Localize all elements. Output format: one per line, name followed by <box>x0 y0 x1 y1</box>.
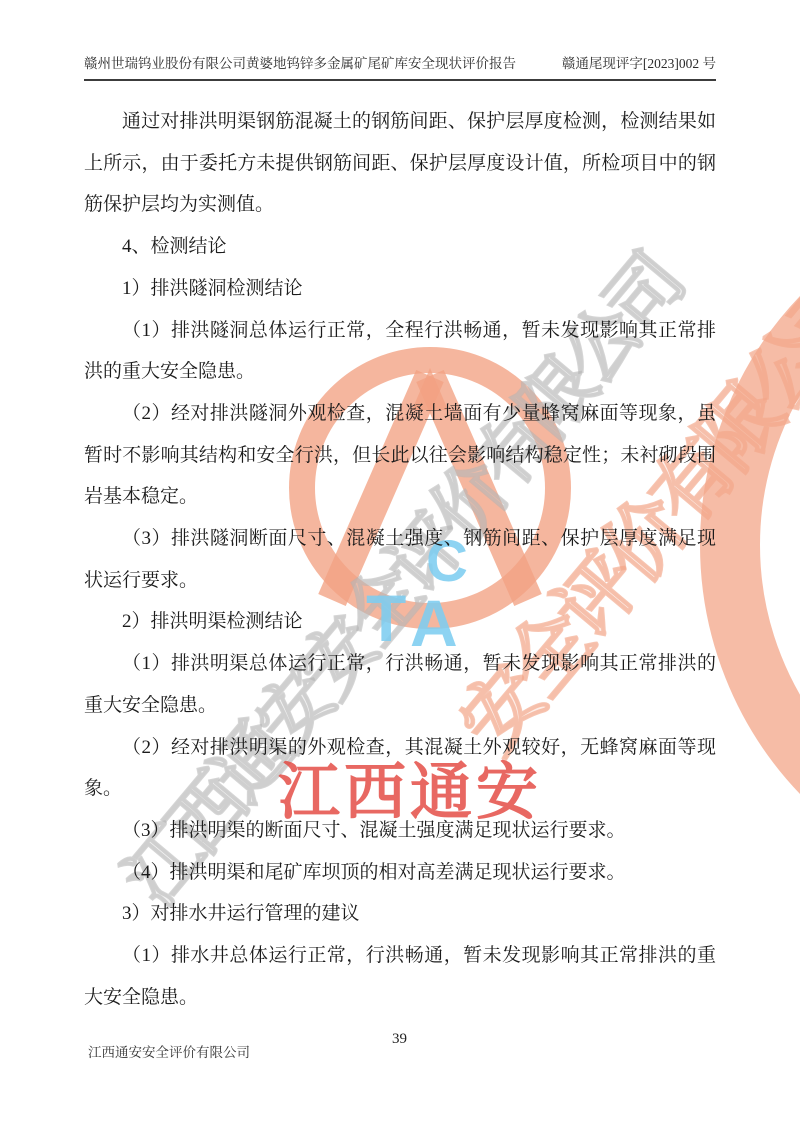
page-header: 赣州世瑞钨业股份有限公司黄婆地钨锌多金属矿尾矿库安全现状评价报告 赣通尾现评字[… <box>84 52 716 81</box>
paragraph: （2）经对排洪隧洞外观检查，混凝土墙面有少量蜂窝麻面等现象，虽暂时不影响其结构和… <box>84 393 716 518</box>
paragraph: 4、检测结论 <box>84 226 716 268</box>
footer-company-name: 江西通安安全评价有限公司 <box>88 1041 250 1061</box>
paragraph: 2）排洪明渠检测结论 <box>84 601 716 643</box>
report-page: 江西通安安全评价有限公司 安全评价有限公司 江西通安 C T A 赣州世瑞钨业股… <box>0 0 800 1131</box>
header-report-title: 赣州世瑞钨业股份有限公司黄婆地钨锌多金属矿尾矿库安全现状评价报告 <box>84 52 516 72</box>
body-content: 通过对排洪明渠钢筋混凝土的钢筋间距、保护层厚度检测，检测结果如上所示，由于委托方… <box>84 101 716 1018</box>
paragraph: （3）排洪隧洞断面尺寸、混凝土强度、钢筋间距、保护层厚度满足现状运行要求。 <box>84 518 716 601</box>
paragraph: （4）排洪明渠和尾矿库坝顶的相对高差满足现状运行要求。 <box>84 852 716 894</box>
paragraph: （2）经对排洪明渠的外观检查，其混凝土外观较好，无蜂窝麻面等现象。 <box>84 727 716 810</box>
paragraph: （1）排洪隧洞总体运行正常，全程行洪畅通，暂未发现影响其正常排洪的重大安全隐患。 <box>84 310 716 393</box>
paragraph: （1）排水井总体运行正常，行洪畅通，暂未发现影响其正常排洪的重大安全隐患。 <box>84 935 716 1018</box>
paragraph: 通过对排洪明渠钢筋混凝土的钢筋间距、保护层厚度检测，检测结果如上所示，由于委托方… <box>84 101 716 226</box>
footer-page-number: 39 <box>392 1031 407 1048</box>
paragraph: （3）排洪明渠的断面尺寸、混凝土强度满足现状运行要求。 <box>84 810 716 852</box>
paragraph: 3）对排水井运行管理的建议 <box>84 893 716 935</box>
paragraph: （1）排洪明渠总体运行正常，行洪畅通，暂未发现影响其正常排洪的重大安全隐患。 <box>84 643 716 726</box>
header-doc-number: 赣通尾现评字[2023]002 号 <box>562 52 716 72</box>
paragraph: 1）排洪隧洞检测结论 <box>84 268 716 310</box>
